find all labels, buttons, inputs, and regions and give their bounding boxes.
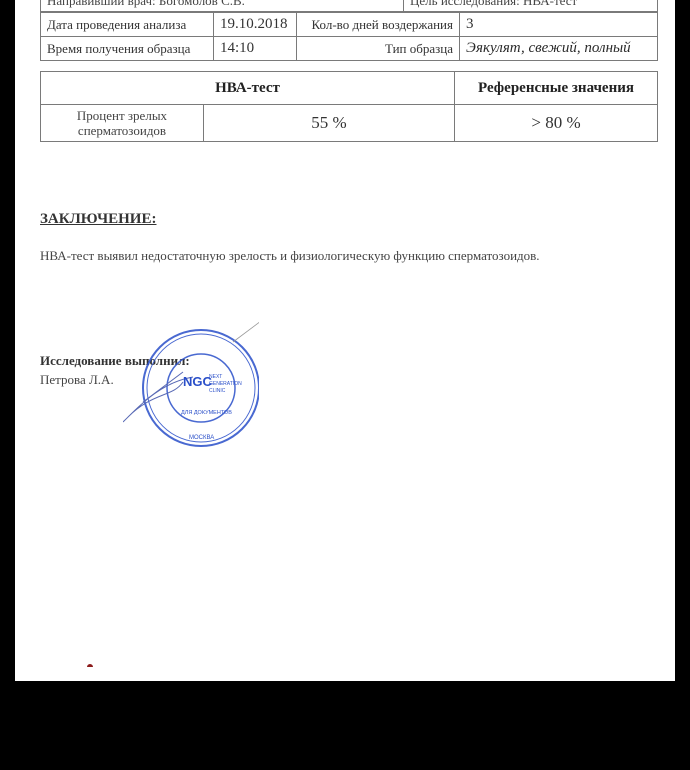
table-row: Время получения образца 14:10 Тип образц… — [41, 37, 658, 61]
document-page: Направивший врач: Богомолов С.В. Цель ис… — [15, 0, 675, 681]
red-mark — [87, 664, 93, 667]
analysis-date-value: 19.10.2018 — [214, 13, 297, 37]
header-table: Направивший врач: Богомолов С.В. Цель ис… — [40, 0, 658, 12]
analysis-date-label: Дата проведения анализа — [41, 13, 214, 37]
sample-type-label: Тип образца — [297, 37, 460, 61]
svg-text:CLINIC: CLINIC — [209, 388, 226, 394]
abstinence-label: Кол-во дней воздержания — [297, 13, 460, 37]
results-table: НВА-тест Референсные значения Процент зр… — [40, 71, 658, 142]
reference-header: Референсные значения — [455, 72, 658, 105]
reference-cell: > 80 % — [455, 105, 658, 142]
svg-text:GENERATION: GENERATION — [209, 381, 242, 387]
clinic-stamp-icon: NGC NEXT GENERATION CLINIC ДЛЯ ДОКУМЕНТО… — [123, 322, 259, 448]
research-goal: Цель исследования: НВА-тест — [404, 0, 658, 12]
svg-text:МОСКВА: МОСКВА — [189, 435, 214, 441]
value-cell: 55 % — [204, 105, 455, 142]
sample-time-label: Время получения образца — [41, 37, 214, 61]
parameter-cell: Процент зрелых сперматозоидов — [41, 105, 204, 142]
conclusion-title: ЗАКЛЮЧЕНИЕ: — [40, 211, 156, 228]
svg-text:ДЛЯ ДОКУМЕНТОВ: ДЛЯ ДОКУМЕНТОВ — [181, 410, 232, 416]
svg-text:NEXT: NEXT — [209, 374, 222, 380]
hba-header: НВА-тест — [41, 72, 455, 105]
referring-doctor: Направивший врач: Богомолов С.В. — [41, 0, 404, 12]
table-row: Процент зрелых сперматозоидов 55 % > 80 … — [41, 105, 658, 142]
performed-by-name: Петрова Л.А. — [40, 372, 114, 388]
info-table: Дата проведения анализа 19.10.2018 Кол-в… — [40, 12, 658, 61]
conclusion-text: НВА-тест выявил недостаточную зрелость и… — [40, 248, 540, 264]
sample-time-value: 14:10 — [214, 37, 297, 61]
sample-type-value: Эякулят, свежий, полный — [460, 37, 658, 61]
table-row: Дата проведения анализа 19.10.2018 Кол-в… — [41, 13, 658, 37]
abstinence-value: 3 — [460, 13, 658, 37]
